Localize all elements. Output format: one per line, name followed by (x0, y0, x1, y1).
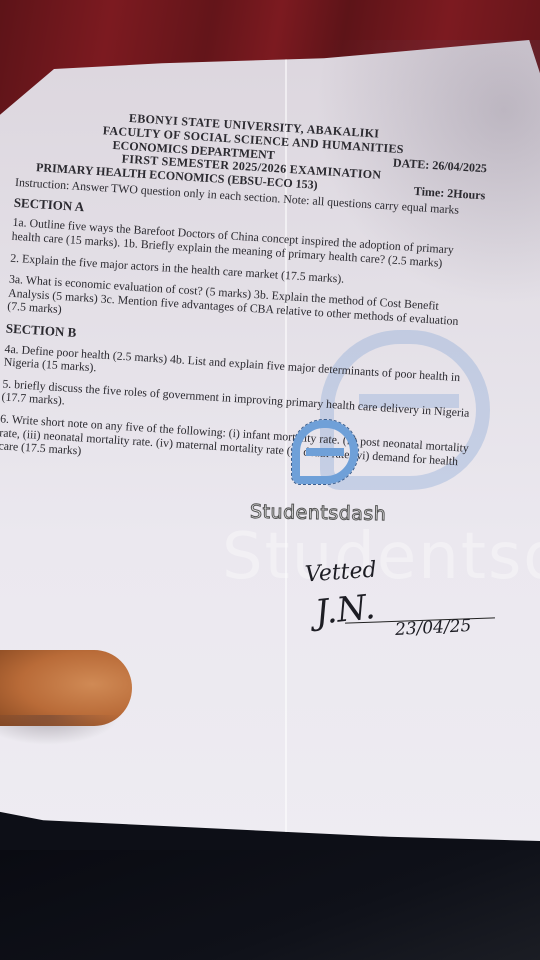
signature-date: 23/04/25 (395, 616, 472, 640)
watermark-logo-icon (292, 420, 358, 484)
vetted-signature: Vetted (304, 558, 377, 588)
thumb-shadow (0, 715, 120, 745)
background-dark-surface (0, 850, 540, 960)
signature-initials: J.N. (313, 587, 377, 633)
watermark-faint-text: Studentsda (222, 520, 540, 594)
watermark-text: Studentsdash (250, 501, 387, 525)
exam-content: EBONYI STATE UNIVERSITY, ABAKALIKI FACUL… (0, 105, 489, 491)
